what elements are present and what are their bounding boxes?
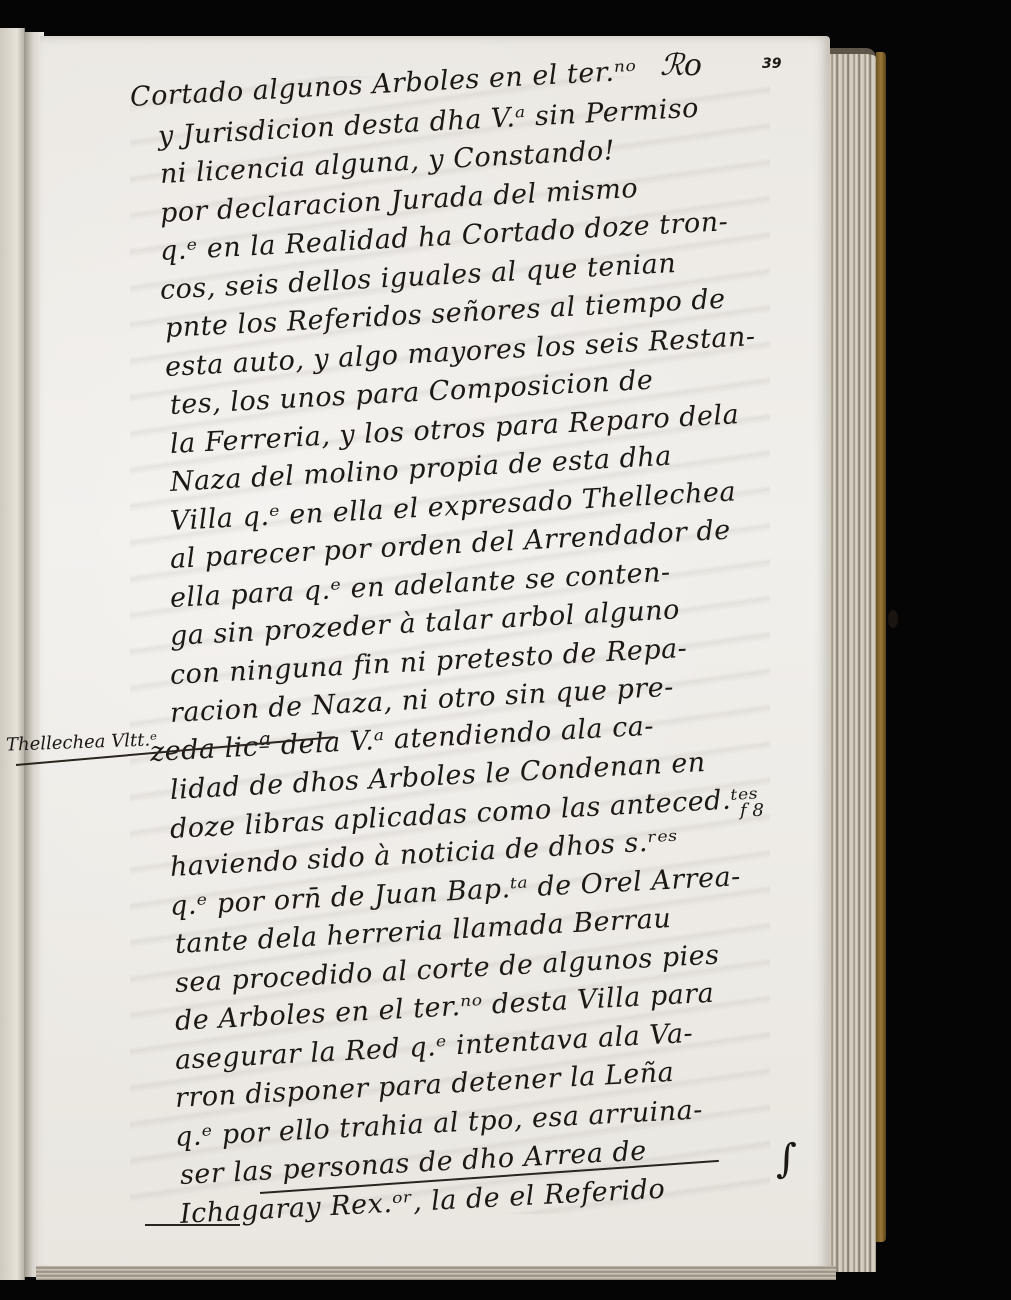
facing-page-edge	[0, 28, 25, 1280]
page-block-edges	[828, 48, 876, 1272]
closing-squiggle-icon: ∫	[776, 1136, 797, 1182]
right-margin-note: f 8	[740, 800, 764, 821]
ink-stain	[888, 610, 898, 628]
top-flourish: ℛo	[660, 48, 702, 83]
closing-rule-left	[145, 1224, 240, 1226]
manuscript-scan: ℛo 39 Cortado algunos Arboles en el ter.…	[0, 0, 1011, 1300]
page-bottom-edges	[36, 1266, 836, 1280]
folio-number: 39	[762, 56, 781, 72]
leather-cover-edge	[876, 52, 886, 1242]
